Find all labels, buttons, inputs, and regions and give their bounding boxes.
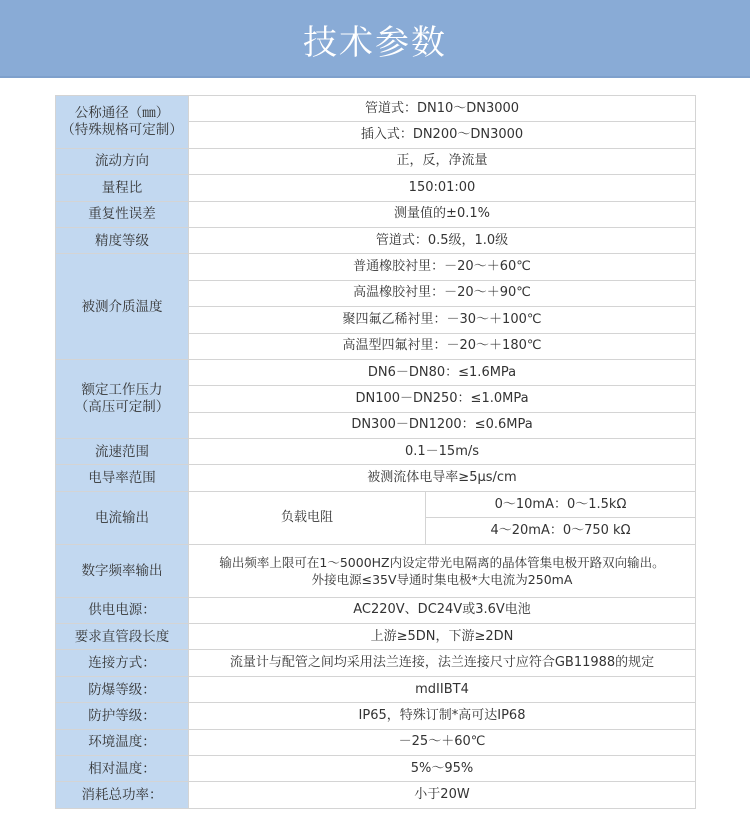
header-banner: 技术参数 [0,0,750,78]
table-row: 数字频率输出 输出频率上限可在1～5000HZ内设定带光电隔离的晶体管集电极开路… [56,544,696,597]
row-label: 数字频率输出 [56,544,189,597]
row-label: 防爆等级： [56,676,189,702]
value-cell: 普通橡胶衬里：－20～＋60℃ [189,254,696,280]
table-row: 防护等级： IP65，特殊订制*高可达IP68 [56,703,696,729]
row-label: 流动方向 [56,148,189,174]
value-cell: 0～10mA：0～1.5kΩ [426,491,696,517]
table-row: 重复性误差 测量值的±0.1% [56,201,696,227]
value-cell: DN6－DN80：≤1.6MPa [189,359,696,385]
value-cell: 管道式：DN10～DN3000 [189,96,696,122]
spec-table: 公称通径（㎜） （特殊规格可定制） 管道式：DN10～DN3000 插入式：DN… [55,95,696,809]
table-row: 额定工作压力 （高压可定制） DN6－DN80：≤1.6MPa [56,359,696,385]
table-row: 流动方向 正，反，净流量 [56,148,696,174]
row-label: 连接方式： [56,650,189,676]
value-cell: 0.1－15m/s [189,439,696,465]
row-label: 量程比 [56,175,189,201]
row-label: 电流输出 [56,491,189,544]
label-line: 额定工作压力 [60,382,184,399]
table-row: 公称通径（㎜） （特殊规格可定制） 管道式：DN10～DN3000 [56,96,696,122]
value-cell: 高温型四氟衬里：－20～＋180℃ [189,333,696,359]
table-row: 精度等级 管道式：0.5级，1.0级 [56,227,696,253]
table-row: 相对温度： 5%～95% [56,755,696,781]
value-cell: AC220V、DC24V或3.6V电池 [189,597,696,623]
value-cell: 4～20mA：0～750 kΩ [426,518,696,544]
value-cell: 被测流体电导率≥5μs/cm [189,465,696,491]
table-row: 电流输出 负载电阻 0～10mA：0～1.5kΩ [56,491,696,517]
label-line: 公称通径（㎜） [60,105,184,122]
table-row: 被测介质温度 普通橡胶衬里：－20～＋60℃ [56,254,696,280]
value-cell: mdIIBT4 [189,676,696,702]
row-label: 精度等级 [56,227,189,253]
table-row: 消耗总功率： 小于20W [56,782,696,808]
row-label: 防护等级： [56,703,189,729]
value-cell: 插入式：DN200～DN3000 [189,122,696,148]
table-row: 环境温度： －25～＋60℃ [56,729,696,755]
table-row: 要求直管段长度 上游≥5DN，下游≥2DN [56,624,696,650]
table-row: 流速范围 0.1－15m/s [56,439,696,465]
label-line: （特殊规格可定制） [60,122,184,139]
value-cell: 正，反，净流量 [189,148,696,174]
value-cell: 上游≥5DN，下游≥2DN [189,624,696,650]
value-cell: DN100－DN250：≤1.0MPa [189,386,696,412]
value-cell: 测量值的±0.1% [189,201,696,227]
value-cell: －25～＋60℃ [189,729,696,755]
text-line: 外接电源≤35V导通时集电极*大电流为250mA [193,571,691,588]
row-label: 供电电源： [56,597,189,623]
value-cell: 流量计与配管之间均采用法兰连接，法兰连接尺寸应符合GB11988的规定 [189,650,696,676]
table-row: 供电电源： AC220V、DC24V或3.6V电池 [56,597,696,623]
row-label: 重复性误差 [56,201,189,227]
value-cell: DN300－DN1200：≤0.6MPa [189,412,696,438]
table-row: 连接方式： 流量计与配管之间均采用法兰连接，法兰连接尺寸应符合GB11988的规… [56,650,696,676]
row-label: 流速范围 [56,439,189,465]
value-cell: 管道式：0.5级，1.0级 [189,227,696,253]
text-line: 输出频率上限可在1～5000HZ内设定带光电隔离的晶体管集电极开路双向输出。 [193,554,691,571]
row-label: 消耗总功率： [56,782,189,808]
label-line: （高压可定制） [60,399,184,416]
row-label-rated-pressure: 额定工作压力 （高压可定制） [56,359,189,438]
row-label: 相对温度： [56,755,189,781]
value-cell: 5%～95% [189,755,696,781]
value-cell: IP65，特殊订制*高可达IP68 [189,703,696,729]
table-row: 防爆等级： mdIIBT4 [56,676,696,702]
value-cell-multiline: 输出频率上限可在1～5000HZ内设定带光电隔离的晶体管集电极开路双向输出。 外… [189,544,696,597]
value-cell: 小于20W [189,782,696,808]
row-label: 电导率范围 [56,465,189,491]
table-row: 电导率范围 被测流体电导率≥5μs/cm [56,465,696,491]
value-cell: 聚四氟乙稀衬里：－30～＋100℃ [189,307,696,333]
row-label: 环境温度： [56,729,189,755]
value-cell: 高温橡胶衬里：－20～＋90℃ [189,280,696,306]
value-cell: 150:01:00 [189,175,696,201]
row-label: 要求直管段长度 [56,624,189,650]
row-label: 被测介质温度 [56,254,189,360]
sub-label-cell: 负载电阻 [189,491,426,544]
table-row: 量程比 150:01:00 [56,175,696,201]
page-title: 技术参数 [303,15,447,64]
row-label-nominal-diameter: 公称通径（㎜） （特殊规格可定制） [56,96,189,149]
